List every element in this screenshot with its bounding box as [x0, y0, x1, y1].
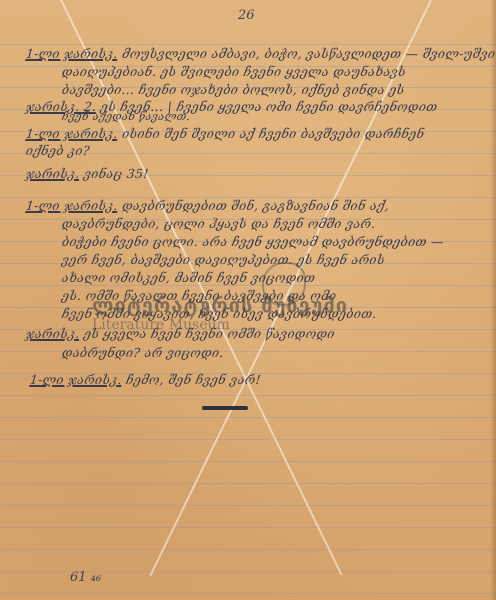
line-text: დავბრუნდებით შინ, გაგზავნიან შინ აქ,: [117, 198, 390, 213]
speaker-label: 1-ლი ჯარისკ.: [29, 372, 122, 387]
ruled-line: [0, 439, 496, 440]
manuscript-line: 1-ლი ჯარისკ. ჩემო, შენ ჩვენ ვარ!: [29, 372, 261, 387]
manuscript-line: ჩვენ აქედან წავალთ.: [61, 110, 191, 123]
line-text: ჩემო, შენ ჩვენ ვარ!: [121, 372, 262, 387]
page-number: 26: [238, 8, 255, 23]
ruled-line: [0, 285, 496, 286]
line-text: ვერ ჩვენ, ბავშვები დავიღუპებით. ეს ჩვენ …: [61, 252, 385, 267]
watermark-english: Literature Museum: [92, 317, 230, 333]
watermark-georgian: ლიტერატურის მუზეუმი: [92, 293, 348, 317]
manuscript-line: ბავშვები... ჩვენი ოჯახები ბოლოს, იქნებ გ…: [61, 82, 405, 97]
line-text: ისინი შენ შვილი აქ ჩვენი ბავშვები დარჩნე…: [117, 126, 425, 141]
page-edge-shadow: [490, 0, 496, 600]
line-text: მოუსვლელი ამბავი, ბიჭო, ვასწავლიდეთ — შვ…: [117, 46, 496, 61]
line-text: ვინაც 35!: [79, 166, 150, 181]
ruled-line: [0, 483, 496, 484]
manuscript-line: ვერ ჩვენ, ბავშვები დავიღუპებით. ეს ჩვენ …: [61, 252, 385, 267]
ruled-line: [0, 505, 496, 506]
ruled-line: [0, 44, 496, 45]
speaker-label: 1-ლი ჯარისკ.: [25, 198, 118, 213]
line-text: დავბრუნდები, ცოლი ჰყავს და ჩვენ ომში ვარ…: [61, 216, 376, 231]
line-text: ბავშვები... ჩვენი ოჯახები ბოლოს, იქნებ გ…: [61, 82, 405, 97]
manuscript-line: ჯარისკ. ვინაც 35!: [25, 166, 149, 181]
manuscript-line: დაბრუნდი? არ ვიცოდი.: [61, 345, 224, 360]
manuscript-line: 1-ლი ჯარისკ. ისინი შენ შვილი აქ ჩვენი ბა…: [25, 126, 425, 141]
line-text: ბიჭები ჩვენი ცოლი. არა ჩვენ ყველამ დავბრ…: [61, 234, 444, 249]
speaker-label: ჯარისკ.: [25, 166, 80, 181]
manuscript-line: დაიღუპებიან. ეს შვილები ჩვენი ყველა დაუნ…: [61, 64, 406, 79]
ruled-line: [0, 395, 496, 396]
ruled-line: [0, 417, 496, 418]
line-text: ჩვენ აქედან წავალთ.: [61, 110, 191, 123]
line-text: დაბრუნდი? არ ვიცოდი.: [61, 345, 224, 360]
manuscript-line: 1-ლი ჯარისკ. მოუსვლელი ამბავი, ბიჭო, ვას…: [25, 46, 496, 61]
manuscript-page: 26 1-ლი ჯარისკ. მოუსვლელი ამბავი, ბიჭო, …: [0, 0, 496, 600]
ruled-line: [0, 593, 496, 594]
manuscript-line: ბიჭები ჩვენი ცოლი. არა ჩვენ ყველამ დავბრ…: [61, 234, 444, 249]
end-of-scene-rule: [202, 406, 248, 410]
speaker-label: ჯარისკ.: [25, 326, 80, 341]
line-text: იქნებ კი?: [25, 143, 90, 158]
ruled-line: [0, 549, 496, 550]
speaker-label: 1-ლი ჯარისკ.: [25, 46, 118, 61]
manuscript-line: დავბრუნდები, ცოლი ჰყავს და ჩვენ ომში ვარ…: [61, 216, 376, 231]
manuscript-line: იქნებ კი?: [25, 143, 90, 158]
archive-number: 61 ₄₆: [70, 570, 101, 585]
line-text: დაიღუპებიან. ეს შვილები ჩვენი ყველა დაუნ…: [61, 64, 406, 79]
ruled-line: [0, 527, 496, 528]
speaker-label: 1-ლი ჯარისკ.: [25, 126, 118, 141]
manuscript-line: 1-ლი ჯარისკ. დავბრუნდებით შინ, გაგზავნია…: [25, 198, 390, 213]
ruled-line: [0, 461, 496, 462]
